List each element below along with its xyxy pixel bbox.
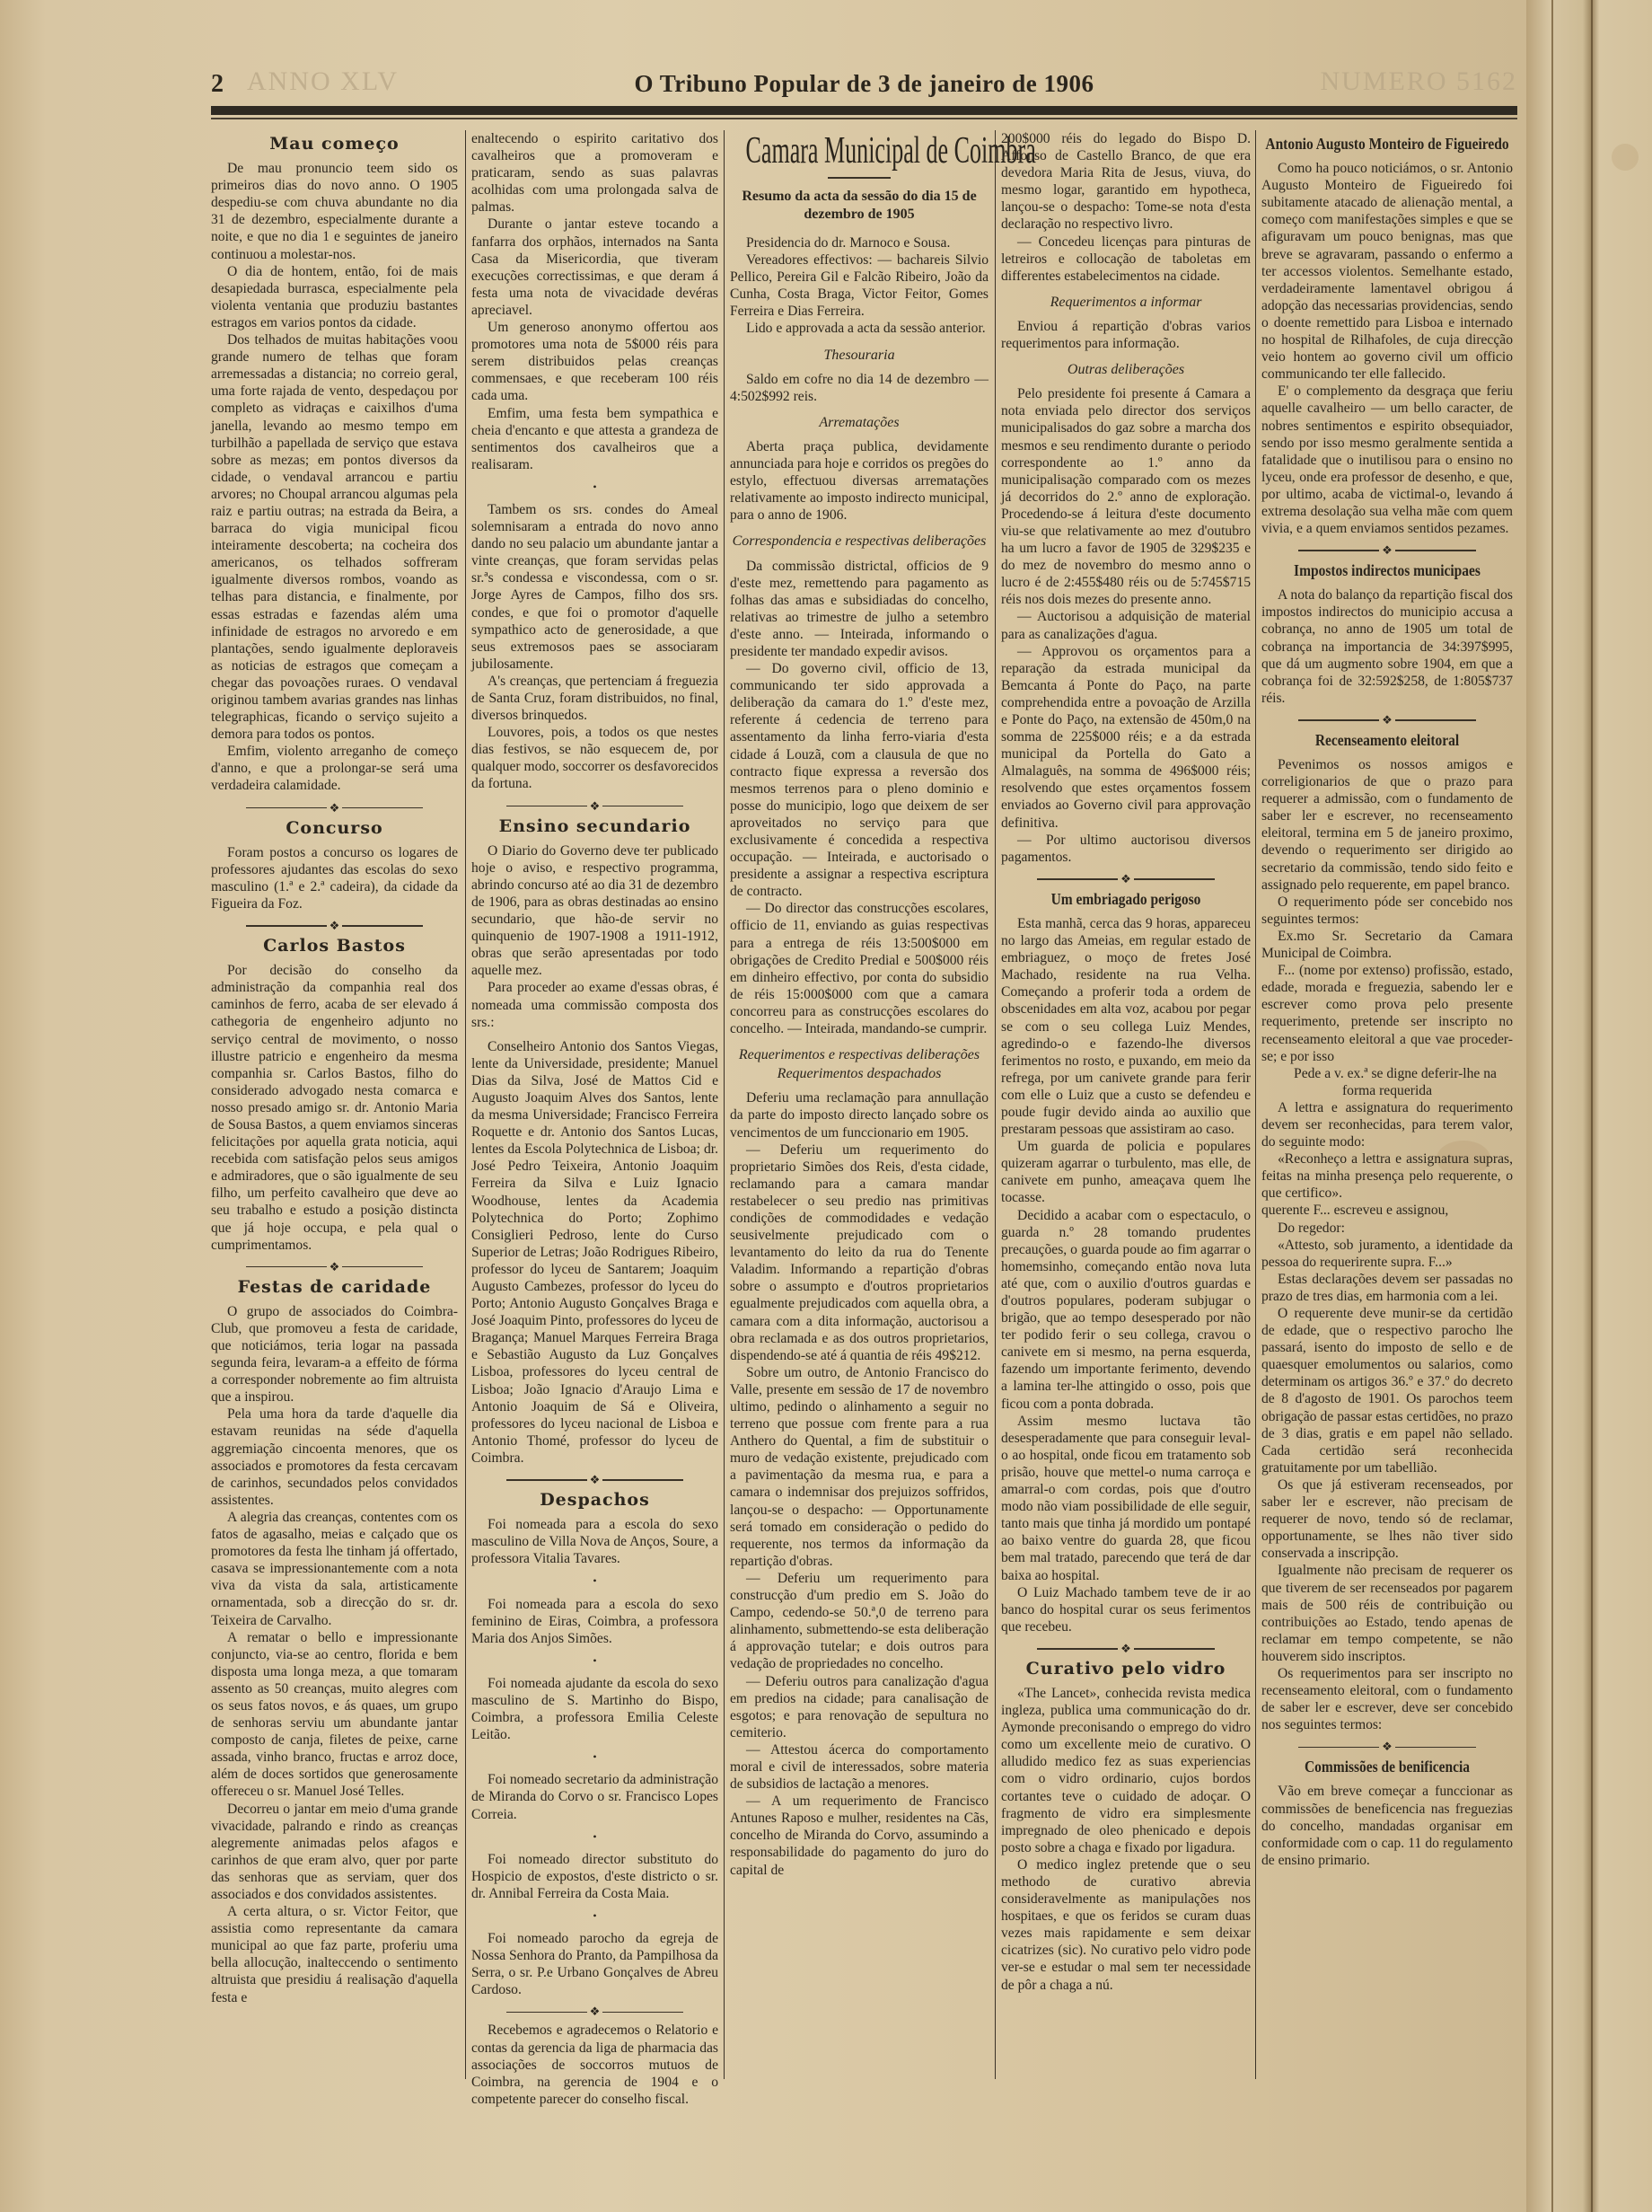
paragraph: — Concedeu licenças para pinturas de let… [1001, 234, 1251, 285]
paragraph: A alegria das creanças, contentes com os… [211, 1509, 458, 1629]
paragraph: Foi nomeada ajudante da escola do sexo m… [471, 1675, 718, 1743]
short-rule [828, 177, 891, 179]
paragraph: A's creanças, que pertenciam á freguezia… [471, 673, 718, 724]
headline-ensino-secundario: Ensino secundario [471, 818, 718, 835]
paragraph: Decidido a acabar com o espectaculo, o g… [1001, 1207, 1251, 1413]
bullet-separator: • [471, 479, 718, 496]
paragraph: A lettra e assignatura do requerimento d… [1261, 1099, 1513, 1150]
ornament-divider: ❖ [1261, 714, 1513, 727]
paragraph: De mau pronuncio teem sido os primeiros … [211, 160, 458, 263]
paragraph: «The Lancet», conhecida revista medica i… [1001, 1685, 1251, 1856]
paragraph: Dos telhados de muitas habitações voou g… [211, 331, 458, 743]
paragraph: Decorreu o jantar em meio d'uma grande v… [211, 1801, 458, 1904]
section-title-outras-deliberacoes: Outras deliberações [1001, 361, 1251, 378]
headline-concurso: Concurso [211, 820, 458, 837]
paragraph: — Deferiu um requerimento do proprietari… [730, 1141, 989, 1364]
paragraph: O dia de hontem, então, foi de mais desa… [211, 263, 458, 331]
paragraph: Foi nomeado secretario da administração … [471, 1771, 718, 1822]
ornament-divider: ❖ [211, 1261, 458, 1273]
paragraph: Louvores, pois, a todos os que nestes di… [471, 724, 718, 792]
paragraph: — Deferiu um requerimento para construcç… [730, 1570, 989, 1673]
headline-curativo-pelo-vidro: Curativo pelo vidro [1001, 1661, 1251, 1678]
paragraph: Conselheiro Antonio dos Santos Viegas, l… [471, 1038, 718, 1467]
paragraph: Aberta praça publica, devidamente annunc… [730, 438, 989, 524]
subheadline-resumo-acta: Resumo da acta da sessão do dia 15 de de… [730, 188, 989, 224]
paragraph: Os que já estiveram recenseados, por sab… [1261, 1476, 1513, 1562]
paragraph: «Reconheço a lettra e assignatura supras… [1261, 1150, 1513, 1202]
paragraph: Vão em breve começar a funccionar as com… [1261, 1783, 1513, 1868]
paragraph: A nota do balanço da repartição fiscal d… [1261, 586, 1513, 707]
column-rule [1255, 130, 1256, 2079]
headline-impostos-indirectos: Impostos indirectos municipaes [1279, 562, 1496, 579]
column-5: Antonio Augusto Monteiro de Figueiredo C… [1261, 130, 1513, 1869]
paragraph: O Diario do Governo deve ter publicado h… [471, 842, 718, 980]
paragraph: O grupo de associados do Coimbra-Club, q… [211, 1303, 458, 1406]
ornament-divider: ❖ [471, 2005, 718, 2018]
headline-mau-comeco: Mau começo [211, 136, 458, 153]
ornament-divider: ❖ [211, 802, 458, 815]
ornament-divider: ❖ [1001, 873, 1251, 886]
column-rule [995, 130, 996, 2079]
paragraph: Pelo presidente foi presente á Camara a … [1001, 385, 1251, 608]
ornament-divider: ❖ [1001, 1643, 1251, 1655]
paragraph: Esta manhã, cerca das 9 horas, appareceu… [1001, 915, 1251, 1138]
paragraph: O requerente deve munir-se da certidão d… [1261, 1305, 1513, 1476]
bound-page-edge [1526, 0, 1652, 2212]
paragraph: Foi nomeado parocho da egreja de Nossa S… [471, 1930, 718, 1998]
column-rule [465, 130, 466, 2079]
ornament-divider: ❖ [1261, 544, 1513, 557]
bullet-separator: • [471, 1652, 718, 1670]
paragraph: Deferiu uma reclamação para annullação d… [730, 1089, 989, 1141]
paragraph: — Do governo civil, officio de 13, commu… [730, 660, 989, 900]
paper-stain [1612, 144, 1639, 171]
paragraph: — Deferiu outros para canalização d'agua… [730, 1673, 989, 1741]
paragraph: Emfim, uma festa bem sympathica e cheia … [471, 405, 718, 473]
paragraph: Um guarda de policia e populares quizera… [1001, 1138, 1251, 1206]
paragraph: Foram postos a concurso os logares de pr… [211, 844, 458, 912]
headline-antonio-augusto: Antonio Augusto Monteiro de Figueiredo [1263, 136, 1510, 153]
paragraph: F... (nome por extenso) profissão, estad… [1261, 962, 1513, 1065]
paragraph: E' o complemento da desgraça que feriu a… [1261, 383, 1513, 537]
column-3: Camara Municipal de Coimbra Resumo da ac… [730, 130, 989, 1879]
paragraph: Pede a v. ex.ª se digne deferir-lhe na f… [1261, 1065, 1513, 1099]
paragraph: Enviou á repartição d'obras varios reque… [1001, 318, 1251, 352]
paragraph: Do regedor: [1261, 1220, 1513, 1237]
paragraph: «Attesto, sob juramento, a identidade da… [1261, 1237, 1513, 1271]
paragraph: O medico inglez pretende que o seu metho… [1001, 1856, 1251, 1994]
section-subtitle-despachados: Requerimentos despachados [730, 1065, 989, 1082]
column-4: 200$000 réis do legado do Bispo D. Affon… [1001, 130, 1251, 1994]
paragraph: Foi nomeada para a escola do sexo mascul… [471, 1516, 718, 1567]
section-title-arrematacoes: Arrematações [730, 414, 989, 431]
headline-camara-municipal: Camara Municipal de Coimbra [746, 130, 973, 172]
paragraph: — A um requerimento de Francisco Antunes… [730, 1793, 989, 1878]
paragraph: Igualmente não precisam de requerer os q… [1261, 1562, 1513, 1665]
section-title-correspondencia: Correspondencia e respectivas deliberaçõ… [730, 533, 989, 550]
paragraph: — Attestou ácerca do comportamento moral… [730, 1741, 989, 1793]
paragraph: Saldo em cofre no dia 14 de dezembro — 4… [730, 371, 989, 405]
headline-carlos-bastos: Carlos Bastos [211, 938, 458, 955]
paragraph: Vereadores effectivos: — bachareis Silvi… [730, 251, 989, 320]
paragraph: Foi nomeado director substituto do Hospi… [471, 1851, 718, 1902]
paragraph: Emfim, violento arreganho de começo d'an… [211, 743, 458, 794]
ornament-divider: ❖ [1261, 1741, 1513, 1753]
binding-crease [1591, 0, 1593, 2212]
paragraph: Assim mesmo luctava tão desesperadamente… [1001, 1413, 1251, 1584]
paragraph: Lido e approvada a acta da sessão anteri… [730, 320, 989, 337]
paragraph: Estas declarações devem ser passadas no … [1261, 1271, 1513, 1305]
paragraph: Pela uma hora da tarde d'aquelle dia est… [211, 1406, 458, 1509]
paragraph: querente F... escreveu e assignou, [1261, 1202, 1513, 1219]
headline-recenseamento-eleitoral: Recenseamento eleitoral [1279, 732, 1496, 749]
paragraph: O Luiz Machado tambem teve de ir ao banc… [1001, 1584, 1251, 1635]
paragraph: Ex.mo Sr. Secretario da Camara Municipal… [1261, 928, 1513, 962]
section-title-thesouraria: Thesouraria [730, 347, 989, 364]
paragraph: Por decisão do conselho da administração… [211, 962, 458, 1254]
paragraph: Os requerimentos para ser inscripto no r… [1261, 1665, 1513, 1733]
bullet-separator: • [471, 1749, 718, 1766]
ornament-divider: ❖ [471, 800, 718, 813]
paragraph: Para proceder ao exame d'essas obras, é … [471, 979, 718, 1030]
bullet-separator: • [471, 1829, 718, 1846]
paragraph: Sobre um outro, de Antonio Francisco do … [730, 1364, 989, 1570]
paragraph: — Auctorisou a adquisição de material pa… [1001, 608, 1251, 642]
paragraph-continued: 200$000 réis do legado do Bispo D. Affon… [1001, 130, 1251, 234]
paragraph: Um generoso anonymo offertou aos promoto… [471, 319, 718, 404]
bullet-separator: • [471, 1908, 718, 1925]
ornament-divider: ❖ [211, 920, 458, 932]
paragraph: — Approvou os orçamentos para a reparaçã… [1001, 643, 1251, 832]
paragraph: Da commissão districtal, officios de 9 d… [730, 558, 989, 661]
column-rule [724, 130, 725, 2079]
paragraph-continued: enaltecendo o espirito caritativo dos ca… [471, 130, 718, 216]
paragraph: Presidencia do dr. Marnoco e Sousa. [730, 234, 989, 251]
column-1: Mau começo De mau pronuncio teem sido os… [211, 130, 458, 2006]
column-2: enaltecendo o espirito caritativo dos ca… [471, 130, 718, 2108]
headline-festas-de-caridade: Festas de caridade [211, 1279, 458, 1296]
masthead-rule [211, 106, 1517, 115]
paragraph: — Do director das construcções escolares… [730, 900, 989, 1037]
paragraph: Durante o jantar esteve tocando a fanfar… [471, 216, 718, 319]
page-fold-line [1551, 0, 1553, 2212]
bullet-separator: • [471, 1573, 718, 1590]
headline-commissoes-benificencia: Commissões de benificencia [1279, 1758, 1496, 1776]
paragraph: A rematar o bello e impressionante conju… [211, 1629, 458, 1801]
masthead-rule-thin [211, 118, 1517, 119]
paragraph: O requerimento póde ser concebido nos se… [1261, 894, 1513, 928]
paragraph: Pevenimos os nossos amigos e correligion… [1261, 756, 1513, 894]
paragraph: A certa altura, o sr. Victor Feitor, que… [211, 1903, 458, 2006]
paragraph: Foi nomeada para a escola do sexo femini… [471, 1596, 718, 1647]
paragraph: Como ha pouco noticiámos, o sr. Antonio … [1261, 160, 1513, 383]
paragraph: Tambem os srs. condes do Ameal solemnisa… [471, 501, 718, 673]
paragraph: — Por ultimo auctorisou diversos pagamen… [1001, 832, 1251, 866]
ghost-print-right: NUMERO 5162 [1320, 66, 1517, 97]
headline-despachos: Despachos [471, 1492, 718, 1509]
headline-embriagado-perigoso: Um embriagado perigoso [1018, 891, 1233, 908]
section-title-requerimentos-informar: Requerimentos a informar [1001, 294, 1251, 311]
paragraph: Recebemos e agradecemos o Relatorio e co… [471, 2022, 718, 2107]
section-title-requerimentos: Requerimentos e respectivas deliberações [730, 1046, 989, 1063]
ornament-divider: ❖ [471, 1474, 718, 1486]
